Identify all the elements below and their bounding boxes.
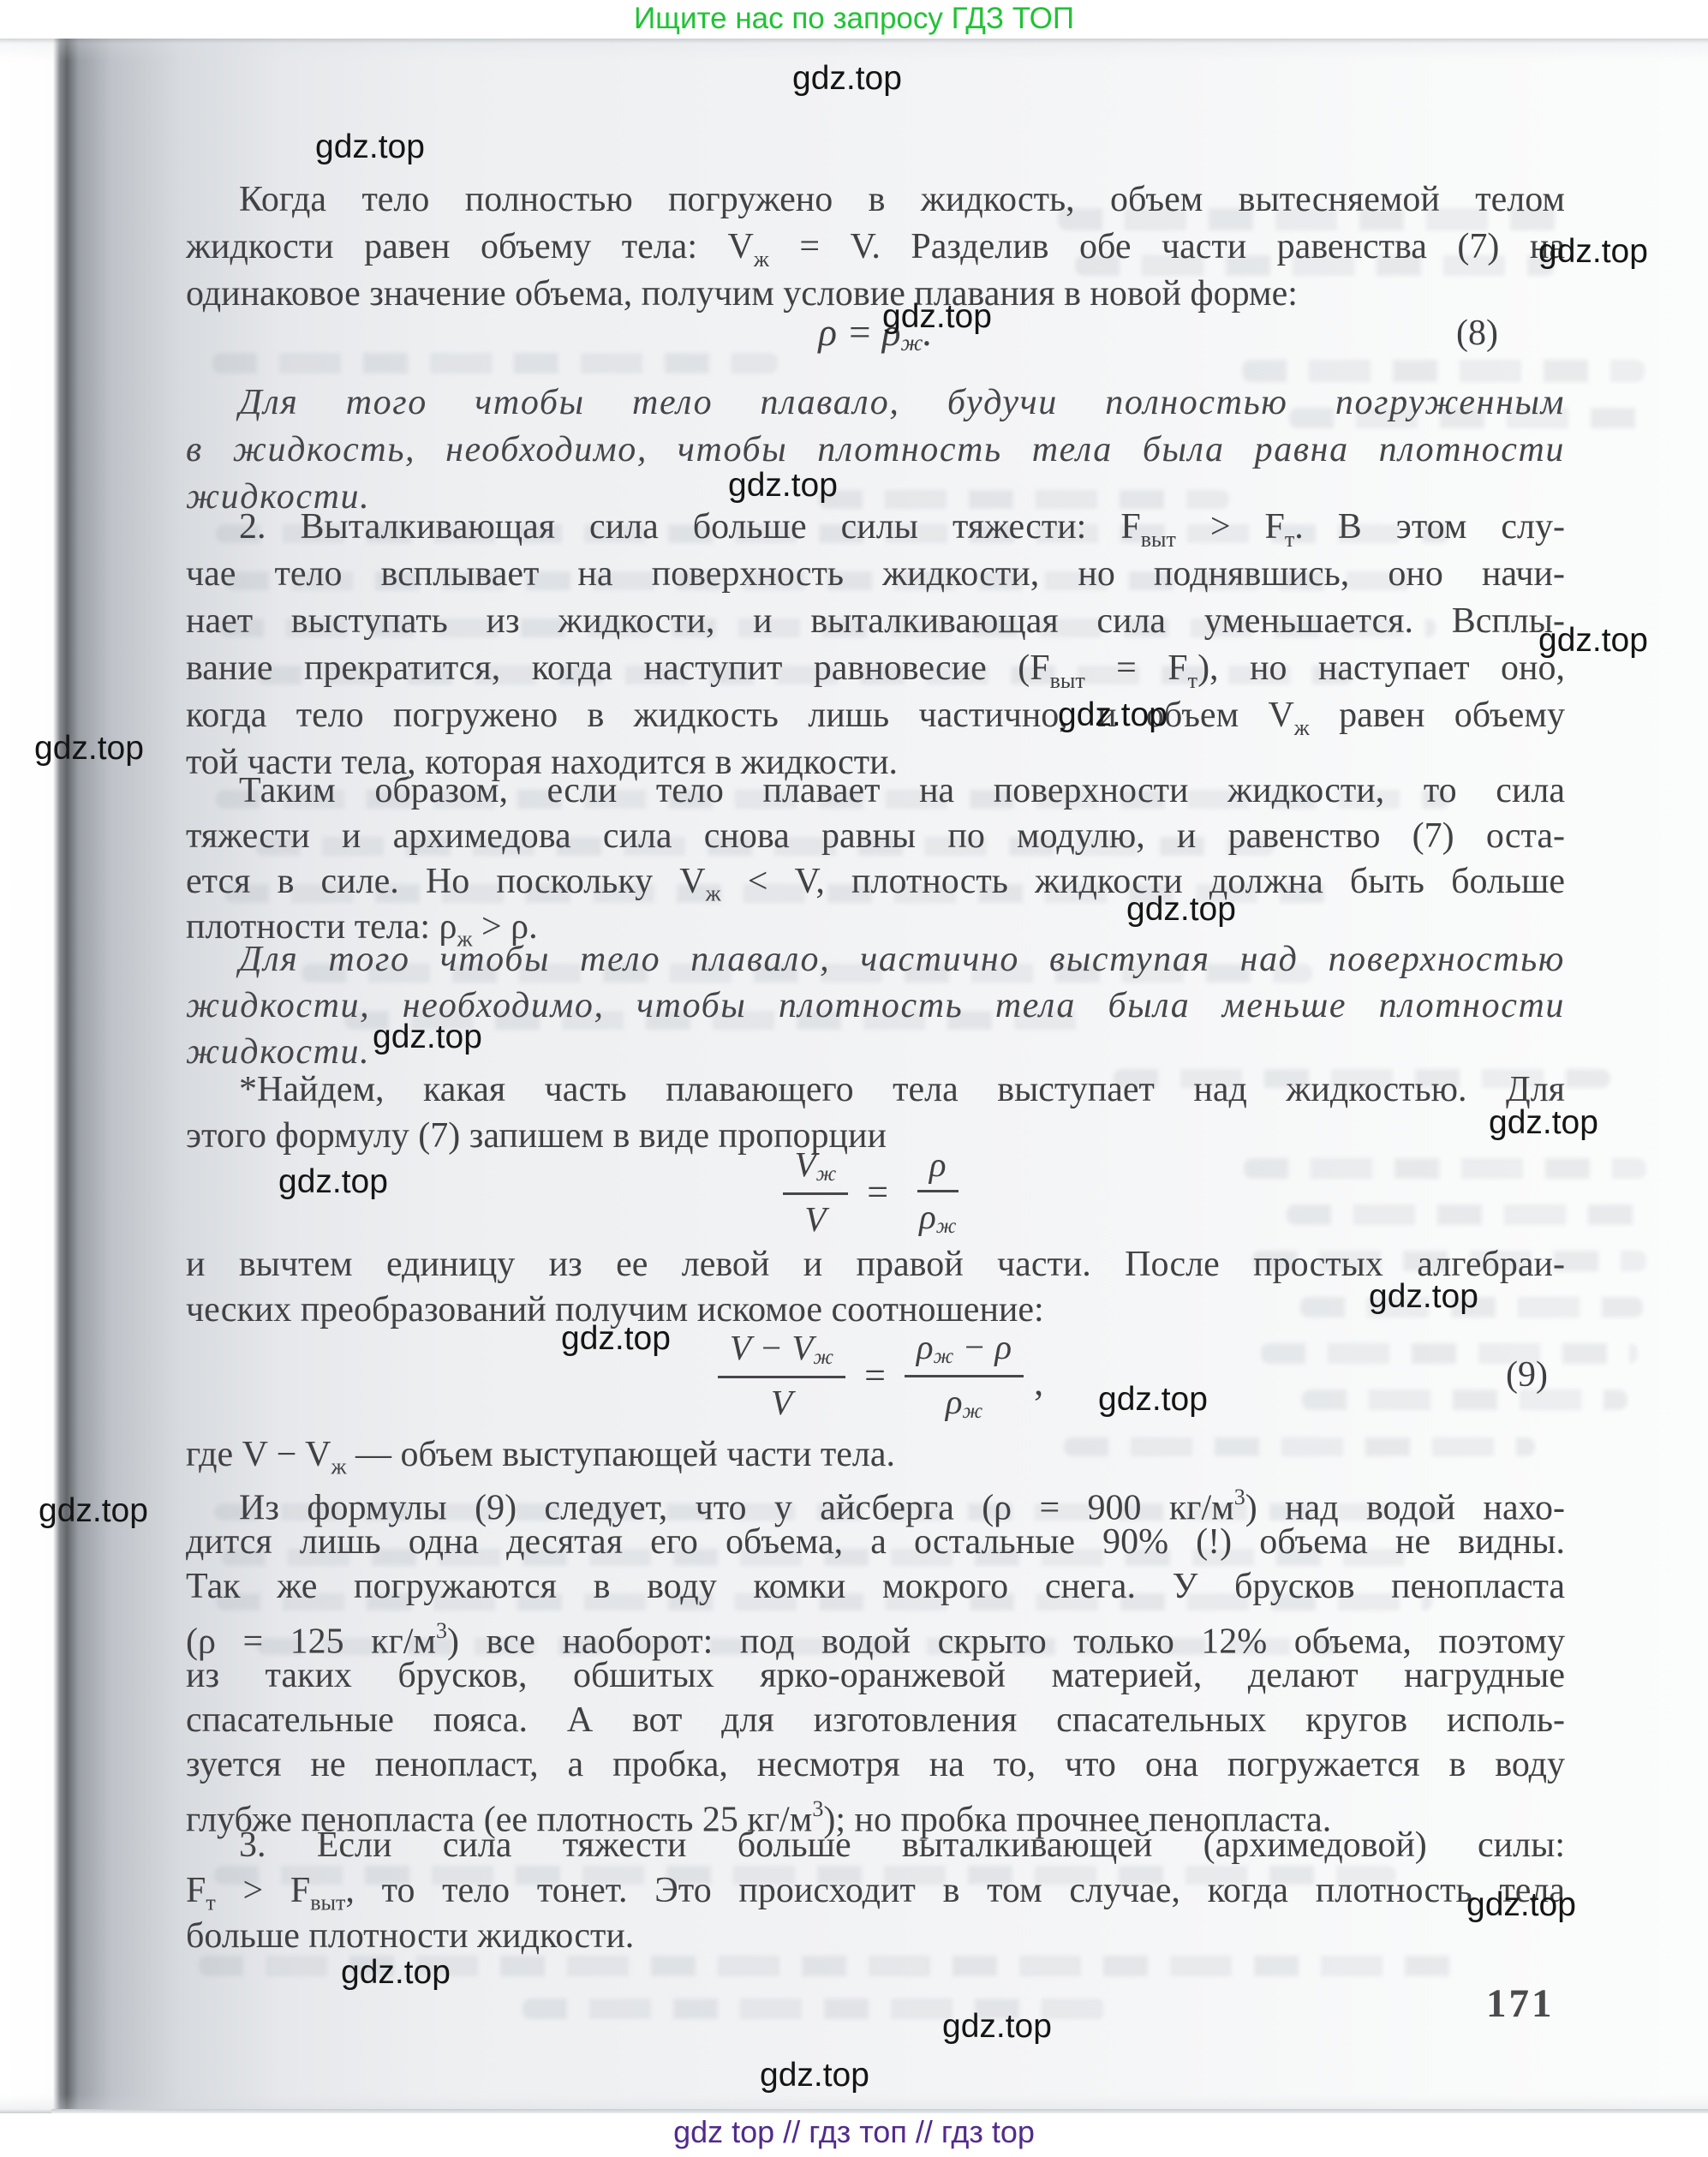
gdz-top-watermark: gdz.top (882, 298, 992, 336)
denominator: ρж (907, 1192, 968, 1239)
text-line: (ρ = 125 кг/м3) все наоборот: под водой … (186, 1609, 1565, 1653)
text-line: 2. Выталкивающая сила больше силы тяжест… (186, 504, 1565, 551)
equals-sign: = (864, 1353, 886, 1397)
text-line: ется в силе. Но поскольку Vж < V, плотно… (186, 859, 1565, 905)
gdz-top-watermark: gdz.top (1369, 1278, 1478, 1316)
paragraph: где V − Vж — объем выступающей части тел… (186, 1432, 1565, 1477)
text-line: когда тело погружено в жидкость лишь час… (186, 692, 1565, 739)
text-line: Fт > Fвыт, то тело тонет. Это происходит… (186, 1868, 1565, 1914)
paragraph: 2. Выталкивающая сила больше силы тяжест… (186, 504, 1565, 786)
gdz-top-watermark: gdz.top (942, 2008, 1052, 2046)
text-line: где V − Vж — объем выступающей части тел… (186, 1432, 1565, 1477)
numerator: V − Vж (718, 1327, 845, 1377)
text-line: жидкости равен объему тела: Vж = V. Разд… (186, 224, 1565, 271)
gdz-top-watermark: gdz.top (792, 60, 902, 98)
gdz-top-watermark: gdz.top (39, 1492, 148, 1530)
text-line: в жидкость, необходимо, чтобы плотность … (186, 427, 1565, 474)
fraction: ρρж (907, 1144, 968, 1239)
equation-number: (8) (1456, 313, 1498, 354)
fraction-equation: V − VжV=ρж − ρρж,(9) (186, 1322, 1565, 1428)
gdz-top-watermark: gdz.top (1466, 1886, 1576, 1924)
page-bottom-edge (51, 2109, 1708, 2113)
page-number: 171 (1486, 1981, 1555, 2027)
denominator: V (792, 1195, 838, 1240)
fraction: ρж − ρρж (905, 1326, 1024, 1423)
denominator: ρж (934, 1377, 994, 1424)
gdz-top-watermark: gdz.top (1098, 1381, 1208, 1419)
denominator: V (759, 1378, 804, 1423)
gdz-top-watermark: gdz.top (1489, 1104, 1598, 1142)
text-line: Для того чтобы тело плавало, будучи полн… (186, 379, 1565, 427)
paragraph: Таким образом, если тело плавает на пове… (186, 768, 1565, 950)
fraction: V − VжV (718, 1327, 845, 1422)
text-line: вание прекратится, когда наступит равнов… (186, 645, 1565, 692)
text-line: Для того чтобы тело плавало, частично вы… (186, 936, 1565, 983)
text-line: чае тело всплывает на поверхность жидкос… (186, 551, 1565, 598)
text-line: дится лишь одна десятая его объема, а ос… (186, 1520, 1565, 1564)
text-line: Когда тело полностью погружено в жидкост… (186, 176, 1565, 224)
equation-tail: , (1034, 1360, 1043, 1404)
equals-sign: = (867, 1170, 888, 1214)
text-line: Из формулы (9) следует, что у айсберга (… (186, 1475, 1565, 1520)
text-line: Так же погружаются в воду комки мокрого … (186, 1564, 1565, 1609)
promo-banner-bottom: gdz top // гдз топ // гдз top (0, 2114, 1708, 2150)
gdz-top-watermark: gdz.top (1538, 233, 1648, 271)
equation-number: (9) (1506, 1354, 1548, 1395)
gdz-top-watermark: gdz.top (1058, 696, 1168, 734)
text-line: и вычтем единицу из ее левой и правой ча… (186, 1242, 1565, 1288)
paragraph: Из формулы (9) следует, что у айсберга (… (186, 1475, 1565, 1831)
gdz-top-watermark: gdz.top (373, 1019, 482, 1056)
gdz-top-watermark: gdz.top (315, 128, 425, 166)
text-line: нает выступать из жидкости, и выталкиваю… (186, 598, 1565, 645)
gdz-top-watermark: gdz.top (760, 2057, 869, 2094)
text-line: зуется не пенопласт, а пробка, несмотря … (186, 1742, 1565, 1787)
numerator: ρж − ρ (905, 1326, 1024, 1377)
gdz-top-watermark: gdz.top (341, 1954, 451, 1992)
paragraph: и вычтем единицу из ее левой и правой ча… (186, 1242, 1565, 1333)
text-line: *Найдем, какая часть плавающего тела выс… (186, 1067, 1565, 1113)
scanned-textbook-page: Ищите нас по запросу ГДЗ ТОП Когда тело … (0, 0, 1708, 2157)
gdz-top-watermark: gdz.top (34, 730, 144, 768)
paragraph: 3. Если сила тяжести больше выталкивающе… (186, 1823, 1565, 1959)
gdz-top-watermark: gdz.top (278, 1163, 388, 1201)
gdz-top-watermark: gdz.top (1538, 622, 1648, 660)
text-line: Таким образом, если тело плавает на пове… (186, 768, 1565, 814)
fraction-equation: VжV=ρρж (186, 1141, 1565, 1242)
promo-banner-top: Ищите нас по запросу ГДЗ ТОП (0, 2, 1708, 36)
fraction: VжV (783, 1144, 849, 1239)
italic-paragraph: Для того чтобы тело плавало, будучи полн… (186, 379, 1565, 521)
text-line: больше плотности жидкости. (186, 1914, 1565, 1959)
numerator: Vж (783, 1144, 849, 1194)
text-line: спасательные пояса. А вот для изготовлен… (186, 1698, 1565, 1742)
gdz-top-watermark: gdz.top (1126, 891, 1236, 929)
numerator: ρ (917, 1144, 959, 1192)
gdz-top-watermark: gdz.top (561, 1320, 671, 1358)
text-line: 3. Если сила тяжести больше выталкивающе… (186, 1823, 1565, 1868)
paragraph: Когда тело полностью погружено в жидкост… (186, 176, 1565, 318)
equation: ρ = ρж.(8) (186, 302, 1565, 365)
text-line: тяжести и архимедова сила снова равны по… (186, 814, 1565, 859)
text-line: из таких брусков, обшитых ярко-оранжевой… (186, 1653, 1565, 1698)
gdz-top-watermark: gdz.top (728, 467, 838, 505)
